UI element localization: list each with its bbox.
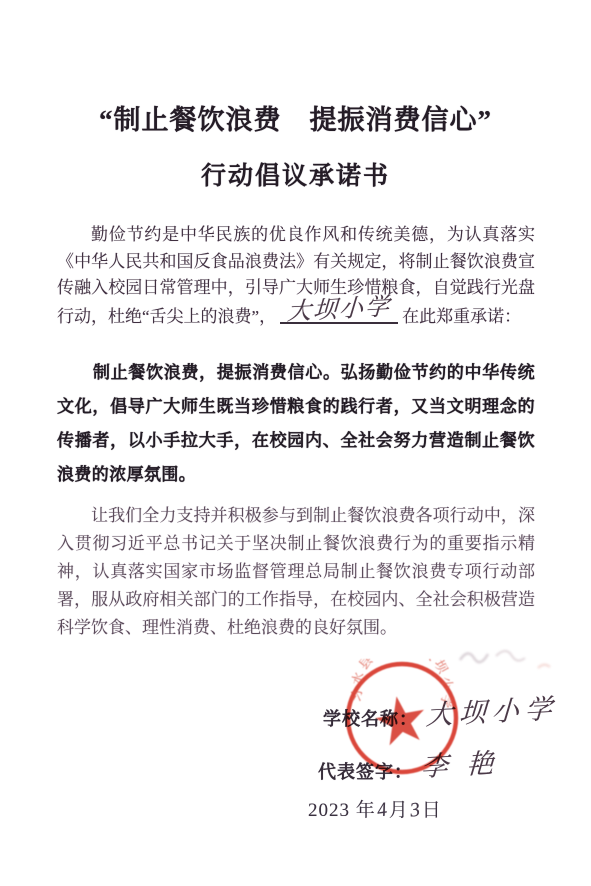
date-day-label: 日 [422,800,442,821]
paragraph-intro: 勤俭节约是中华民族的优良作风和传统美德，为认真落实《中华人民共和国反食品浪费法》… [57,222,535,330]
representative-signature: 李 艳 [420,741,501,784]
representative-label: 代表签字： [318,762,413,782]
date-line: 2023 年4月3日 [308,795,442,822]
school-name-label: 学校名称： [323,709,418,729]
school-name-handwritten: 大坝小学 [286,294,391,326]
school-name-line: 学校名称：大坝小学 [323,694,558,733]
date-month-label: 月 [389,800,409,821]
document-title: “制止餐饮浪费 提振消费信心” [0,98,591,137]
school-name-blank: 大坝小学 [280,302,398,324]
date-day-number: 3 [407,798,423,823]
date-year: 2023 年 [308,800,376,821]
paragraph-action: 让我们全力支持并积极参与到制止餐饮浪费各项行动中，深入贯彻习近平总书记关于坚决制… [57,502,535,642]
paragraph-intro-tail: 在此郑重承诺： [402,307,521,326]
document-subtitle: 行动倡议承诺书 [0,156,591,192]
paragraph-pledge: 制止餐饮浪费，提振消费信心。弘扬勤俭节约的中华传统文化，倡导广大师生既当珍惜粮食… [57,356,535,492]
school-name-signature: 大坝小学 [425,686,559,732]
document-page: “制止餐饮浪费 提振消费信心” 行动倡议承诺书 勤俭节约是中华民族的优良作风和传… [0,0,591,886]
date-month-number: 4 [374,798,390,823]
representative-line: 代表签字：李 艳 [318,747,500,786]
